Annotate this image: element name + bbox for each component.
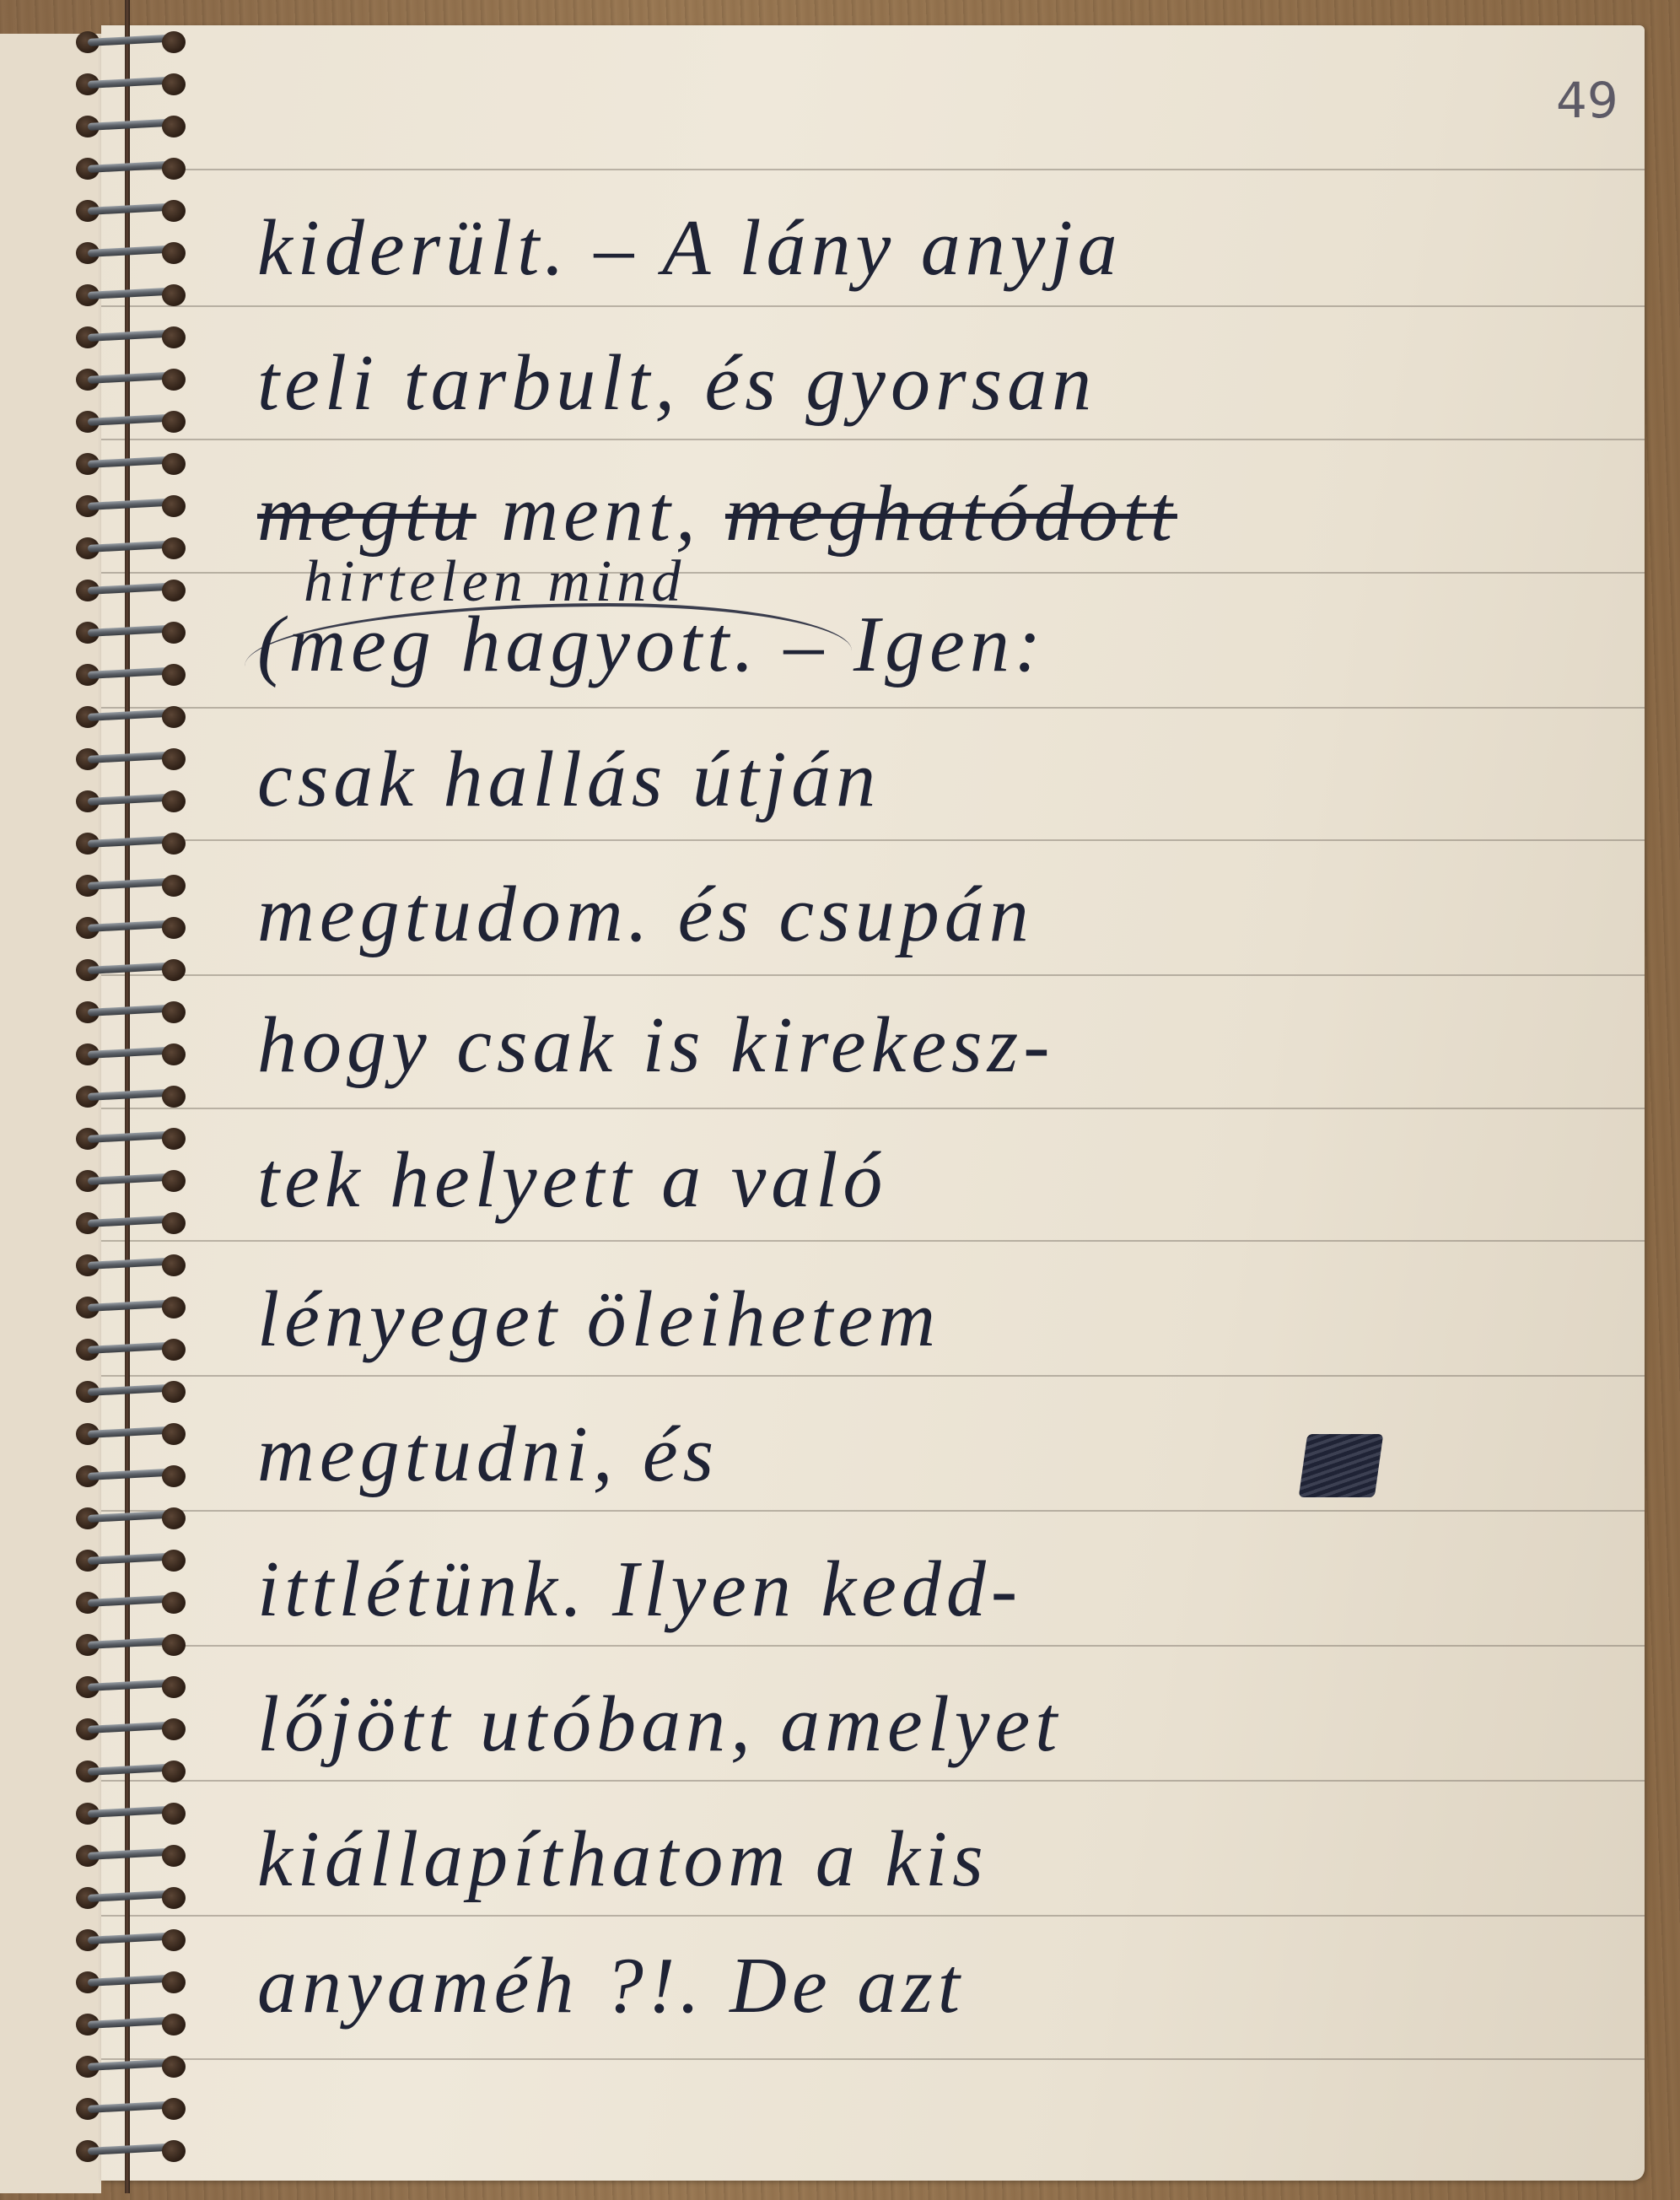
spiral-coil (76, 1801, 194, 1826)
handwritten-line-5: csak hallás útján (257, 734, 880, 825)
spiral-coil (76, 1548, 194, 1573)
punch-hole (162, 2014, 186, 2036)
spiral-coil (76, 1464, 194, 1489)
punch-hole (162, 1550, 186, 1572)
scribbled-out-word (1299, 1434, 1384, 1497)
struck-word: megtu (257, 470, 477, 558)
punch-hole (162, 411, 186, 433)
punch-hole (162, 1634, 186, 1656)
handwritten-line-11: ittlétünk. Ilyen kedd- (257, 1544, 1022, 1635)
ruled-line (101, 1510, 1645, 1512)
ruled-line (101, 1375, 1645, 1377)
spiral-coil (76, 1379, 194, 1405)
spiral-coil (76, 1970, 194, 1995)
punch-hole (162, 31, 186, 53)
spiral-coil (76, 915, 194, 941)
punch-hole (162, 2140, 186, 2162)
punch-hole (162, 1423, 186, 1445)
punch-hole (162, 73, 186, 95)
spiral-coil (76, 1717, 194, 1742)
punch-hole (162, 116, 186, 137)
punch-hole (162, 580, 186, 601)
punch-hole (162, 1297, 186, 1318)
spiral-coil (76, 1590, 194, 1615)
punch-hole (162, 1845, 186, 1867)
handwritten-line-6: megtudom. és csupán (257, 869, 1034, 960)
punch-hole (162, 748, 186, 770)
handwritten-line-3: megtu ment, meghatódott (257, 468, 1177, 559)
punch-hole (162, 790, 186, 812)
spiral-coil (76, 1253, 194, 1278)
punch-hole (162, 1592, 186, 1614)
spiral-coil (76, 536, 194, 561)
ruled-line (101, 1240, 1645, 1242)
spiral-coil (76, 831, 194, 856)
ruled-line (101, 707, 1645, 709)
spiral-coil (76, 1421, 194, 1447)
punch-hole (162, 1128, 186, 1150)
punch-hole (162, 833, 186, 855)
spiral-coil (76, 2012, 194, 2037)
spiral-coil (76, 1674, 194, 1700)
punch-hole (162, 875, 186, 897)
ruled-line (101, 1108, 1645, 1109)
spiral-coil (76, 789, 194, 814)
spiral-coil (76, 1211, 194, 1236)
spiral-coil (76, 409, 194, 434)
ruled-line (101, 2058, 1645, 2060)
punch-hole (162, 1001, 186, 1023)
ruled-line (101, 1780, 1645, 1782)
handwritten-line-2: teli tarbult, és gyorsan (257, 337, 1096, 429)
punch-hole (162, 1254, 186, 1276)
punch-hole (162, 706, 186, 728)
page-number: 49 (1556, 72, 1618, 129)
spiral-coil (76, 114, 194, 139)
punch-hole (162, 664, 186, 686)
spiral-coil (76, 1042, 194, 1067)
handwritten-line-10: megtudni, és (257, 1409, 719, 1500)
handwritten-line-8: tek helyett a való (257, 1135, 887, 1226)
punch-hole (162, 1971, 186, 1993)
spiral-binding (76, 0, 194, 2200)
spiral-coil (76, 620, 194, 645)
handwritten-line-13: kiállapíthatom a kis (257, 1814, 988, 1905)
punch-hole (162, 1803, 186, 1825)
spiral-coil (76, 2138, 194, 2164)
ruled-line (101, 974, 1645, 976)
punch-hole (162, 242, 186, 264)
ruled-line (101, 439, 1645, 440)
spiral-coil (76, 1885, 194, 1911)
punch-hole (162, 1761, 186, 1782)
punch-hole (162, 1507, 186, 1529)
spiral-coil (76, 283, 194, 308)
punch-hole (162, 2098, 186, 2120)
spiral-coil (76, 156, 194, 181)
punch-hole (162, 1676, 186, 1698)
ruled-line (101, 1645, 1645, 1647)
punch-hole (162, 158, 186, 180)
handwritten-line-12: lőjött utóban, amelyet (257, 1679, 1062, 1770)
spiral-coil (76, 493, 194, 519)
punch-hole (162, 284, 186, 306)
spiral-coil (76, 957, 194, 983)
handwritten-line-1: kiderült. – A lány anyja (257, 202, 1123, 294)
ruled-line (101, 839, 1645, 841)
spiral-coil (76, 367, 194, 392)
spiral-coil (76, 1168, 194, 1194)
punch-hole (162, 2056, 186, 2078)
spiral-coil (76, 873, 194, 898)
punch-hole (162, 1086, 186, 1108)
punch-hole (162, 1212, 186, 1234)
punch-hole (162, 453, 186, 475)
ruled-line (101, 169, 1645, 170)
spiral-coil (76, 1843, 194, 1868)
spiral-coil (76, 1506, 194, 1531)
line-text: ment, (477, 470, 725, 558)
spiral-coil (76, 1759, 194, 1784)
handwritten-line-7: hogy csak is kirekesz- (257, 1000, 1055, 1091)
spiral-coil (76, 578, 194, 603)
handwritten-line-4: (meg hagyott. – Igen: (257, 599, 1046, 690)
spiral-coil (76, 704, 194, 730)
spiral-coil (76, 30, 194, 55)
spiral-coil (76, 1000, 194, 1025)
punch-hole (162, 495, 186, 517)
spiral-coil (76, 72, 194, 97)
spiral-coil (76, 2096, 194, 2122)
spiral-coil (76, 662, 194, 687)
spiral-coil (76, 1928, 194, 1953)
punch-hole (162, 537, 186, 559)
punch-hole (162, 622, 186, 644)
spiral-coil (76, 747, 194, 772)
spiral-coil (76, 240, 194, 266)
spiral-coil (76, 1295, 194, 1320)
handwritten-line-9: lényeget öleihetem (257, 1274, 940, 1365)
punch-hole (162, 1718, 186, 1740)
punch-hole (162, 200, 186, 222)
punch-hole (162, 1887, 186, 1909)
spiral-coil (76, 1632, 194, 1658)
spiral-coil (76, 1126, 194, 1151)
punch-hole (162, 959, 186, 981)
spiral-coil (76, 1337, 194, 1362)
punch-hole (162, 326, 186, 348)
punch-hole (162, 1381, 186, 1403)
spiral-coil (76, 2054, 194, 2079)
punch-hole (162, 1929, 186, 1951)
punch-hole (162, 369, 186, 391)
punch-hole (162, 1170, 186, 1192)
punch-hole (162, 917, 186, 939)
spiral-coil (76, 451, 194, 477)
ruled-line (101, 305, 1645, 307)
spiral-coil (76, 198, 194, 224)
punch-hole (162, 1339, 186, 1361)
ruled-line (101, 1915, 1645, 1917)
punch-hole (162, 1465, 186, 1487)
handwritten-line-14: anyaméh ?!. De azt (257, 1940, 965, 2031)
punch-hole (162, 1043, 186, 1065)
struck-word: meghatódott (725, 470, 1177, 558)
spiral-coil (76, 325, 194, 350)
spiral-coil (76, 1084, 194, 1109)
